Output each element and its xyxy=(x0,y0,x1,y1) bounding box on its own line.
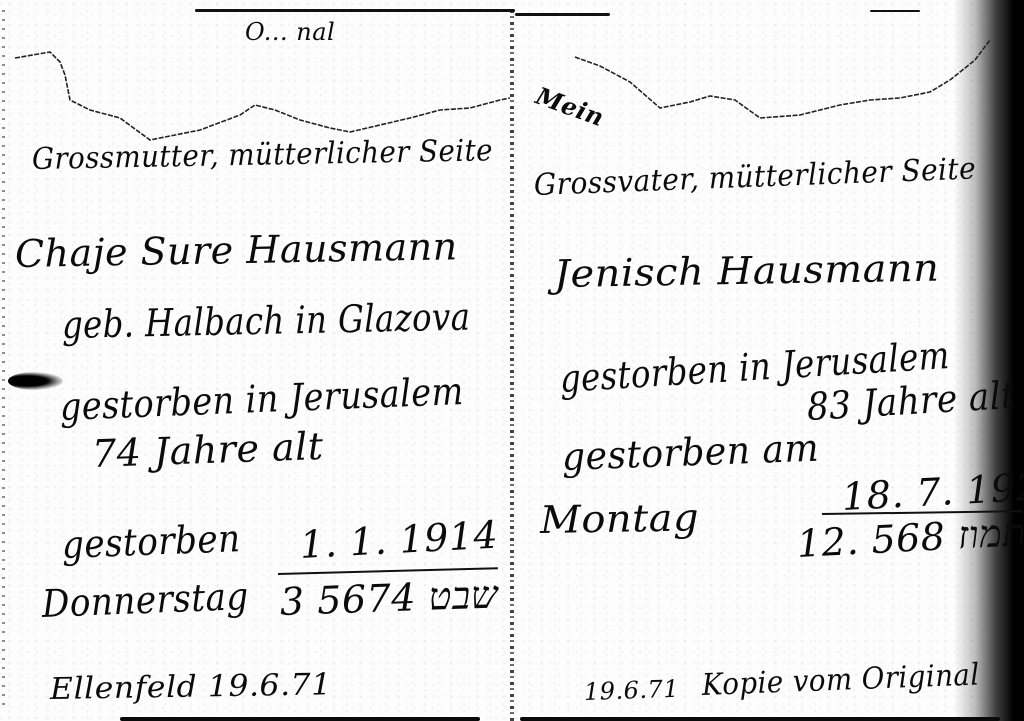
left-gregorian-date: 1. 1. 1914 xyxy=(299,513,499,567)
right-page: Mein Grossvater, mütterlicher Seite Jeni… xyxy=(512,0,1024,721)
left-age: 74 Jahre alt xyxy=(91,424,324,476)
left-footer-signature: Ellenfeld 19.6.71 xyxy=(50,667,332,707)
right-weekday: Montag xyxy=(540,495,700,542)
right-relation: Grossvater, mütterlicher Seite xyxy=(533,151,976,203)
left-header-fragment: O... nal xyxy=(245,18,335,46)
left-birth-name: geb. Halbach in Glazova xyxy=(62,295,471,347)
right-footer-date: 19.6.71 xyxy=(584,675,680,706)
left-death-place: gestorben in Jerusalem xyxy=(59,369,464,429)
right-header-fragment: Mein xyxy=(532,81,608,132)
right-hebrew-date: 12. תמוז 568. xyxy=(796,509,1024,567)
right-name: Jenisch Hausmann xyxy=(554,246,940,296)
left-died-label: gestorben xyxy=(61,516,241,567)
left-hebrew-date: 3 שבט 5674 xyxy=(279,572,499,625)
left-name: Chaje Sure Hausmann xyxy=(15,224,458,276)
left-relation: Grossmutter, mütterlicher Seite xyxy=(32,133,493,177)
left-weekday: Donnerstag xyxy=(41,574,249,626)
scanned-document: O... nal Grossmutter, mütterlicher Seite… xyxy=(0,0,1024,721)
right-died-label: gestorben am xyxy=(561,426,819,479)
left-page: O... nal Grossmutter, mütterlicher Seite… xyxy=(0,0,512,721)
right-footer-note: Kopie vom Original xyxy=(701,657,980,703)
